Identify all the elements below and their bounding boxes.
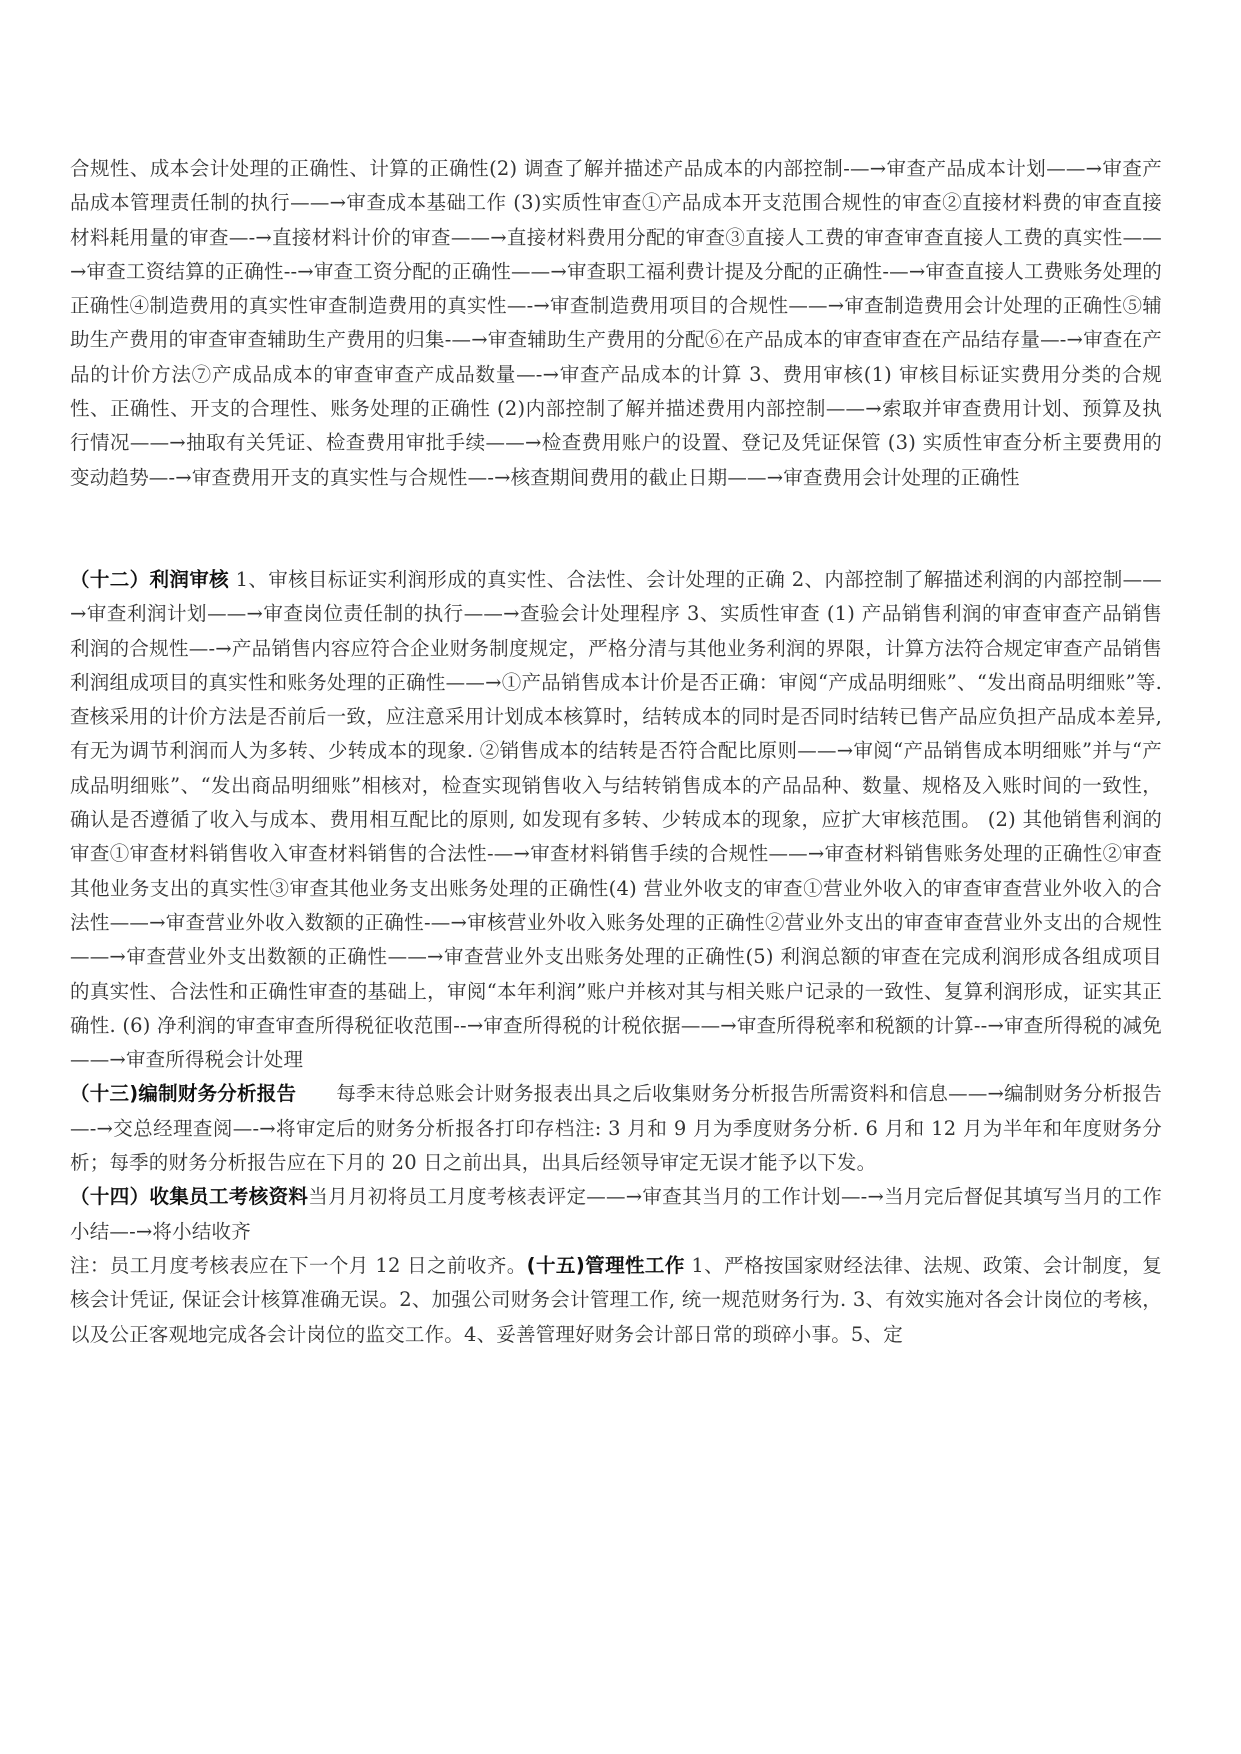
employee-assessment-note: 注：员工月度考核表应在下一个月 12 日之前收齐。 (70, 1254, 527, 1277)
section-heading-management-work: (十五)管理性工作 (527, 1254, 685, 1277)
paragraph-employee-assessment: （十四）收集员工考核资料当月月初将员工月度考核表评定——→审查其当月的工作计划—… (70, 1180, 1162, 1249)
paragraph-cost-audit: 合规性、成本会计处理的正确性、计算的正确性(2) 调查了解并描述产品成本的内部控… (70, 152, 1162, 495)
section-heading-employee-assessment: （十四）收集员工考核资料 (70, 1185, 308, 1208)
paragraph-text: 1、审核目标证实利润形成的真实性、合法性、会计处理的正确 2、内部控制了解描述利… (70, 568, 1162, 1071)
paragraph-management-work: 注：员工月度考核表应在下一个月 12 日之前收齐。(十五)管理性工作 1、严格按… (70, 1249, 1162, 1352)
document-page: 合规性、成本会计处理的正确性、计算的正确性(2) 调查了解并描述产品成本的内部控… (70, 152, 1162, 1352)
section-heading-profit-audit: （十二）利润审核 (70, 568, 229, 591)
paragraph-profit-audit: （十二）利润审核 1、审核目标证实利润形成的真实性、合法性、会计处理的正确 2、… (70, 563, 1162, 1077)
paragraph-financial-analysis-report: （十三)编制财务分析报告每季末待总账会计财务报表出具之后收集财务分析报告所需资料… (70, 1077, 1162, 1180)
paragraph-text: 合规性、成本会计处理的正确性、计算的正确性(2) 调查了解并描述产品成本的内部控… (70, 157, 1162, 489)
paragraph-gap (70, 495, 1162, 563)
section-heading-financial-analysis-report: （十三)编制财务分析报告 (70, 1082, 296, 1105)
